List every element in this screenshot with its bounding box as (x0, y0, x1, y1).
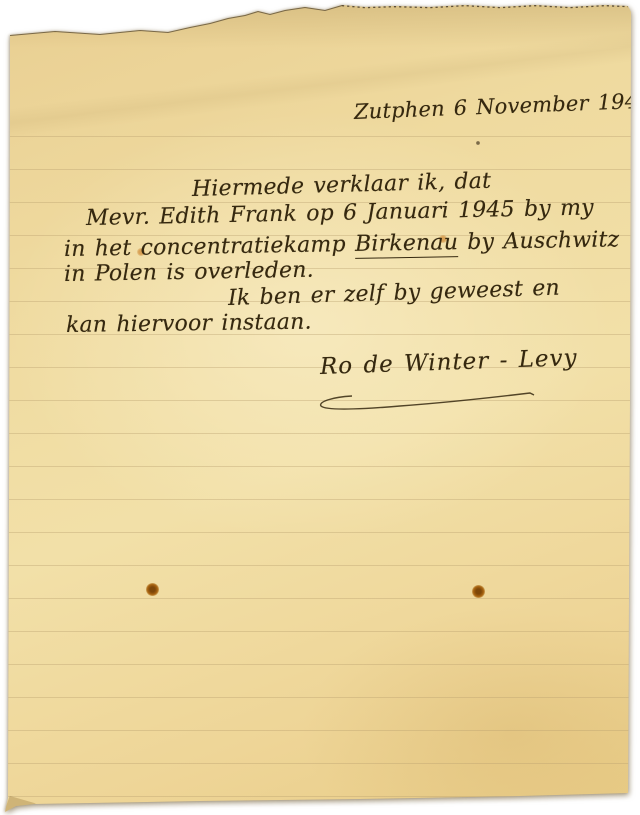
paper-crease (0, 30, 640, 140)
letter-line-4: in Polen is overleden. (64, 258, 314, 287)
letter-line-6: kan hiervoor instaan. (66, 310, 312, 338)
letter-line-3-post: by Auschwitz (458, 227, 620, 255)
paper-sheet: Zutphen 6 November 1945 Hiermede verklaa… (0, 0, 640, 815)
ink-speck (476, 141, 480, 145)
paper-surface: Zutphen 6 November 1945 Hiermede verklaa… (0, 0, 640, 815)
scanned-document: Zutphen 6 November 1945 Hiermede verklaa… (0, 0, 640, 815)
rust-stain (146, 583, 159, 596)
rust-stain (472, 585, 485, 598)
underlined-word: Birkenau (355, 230, 459, 259)
